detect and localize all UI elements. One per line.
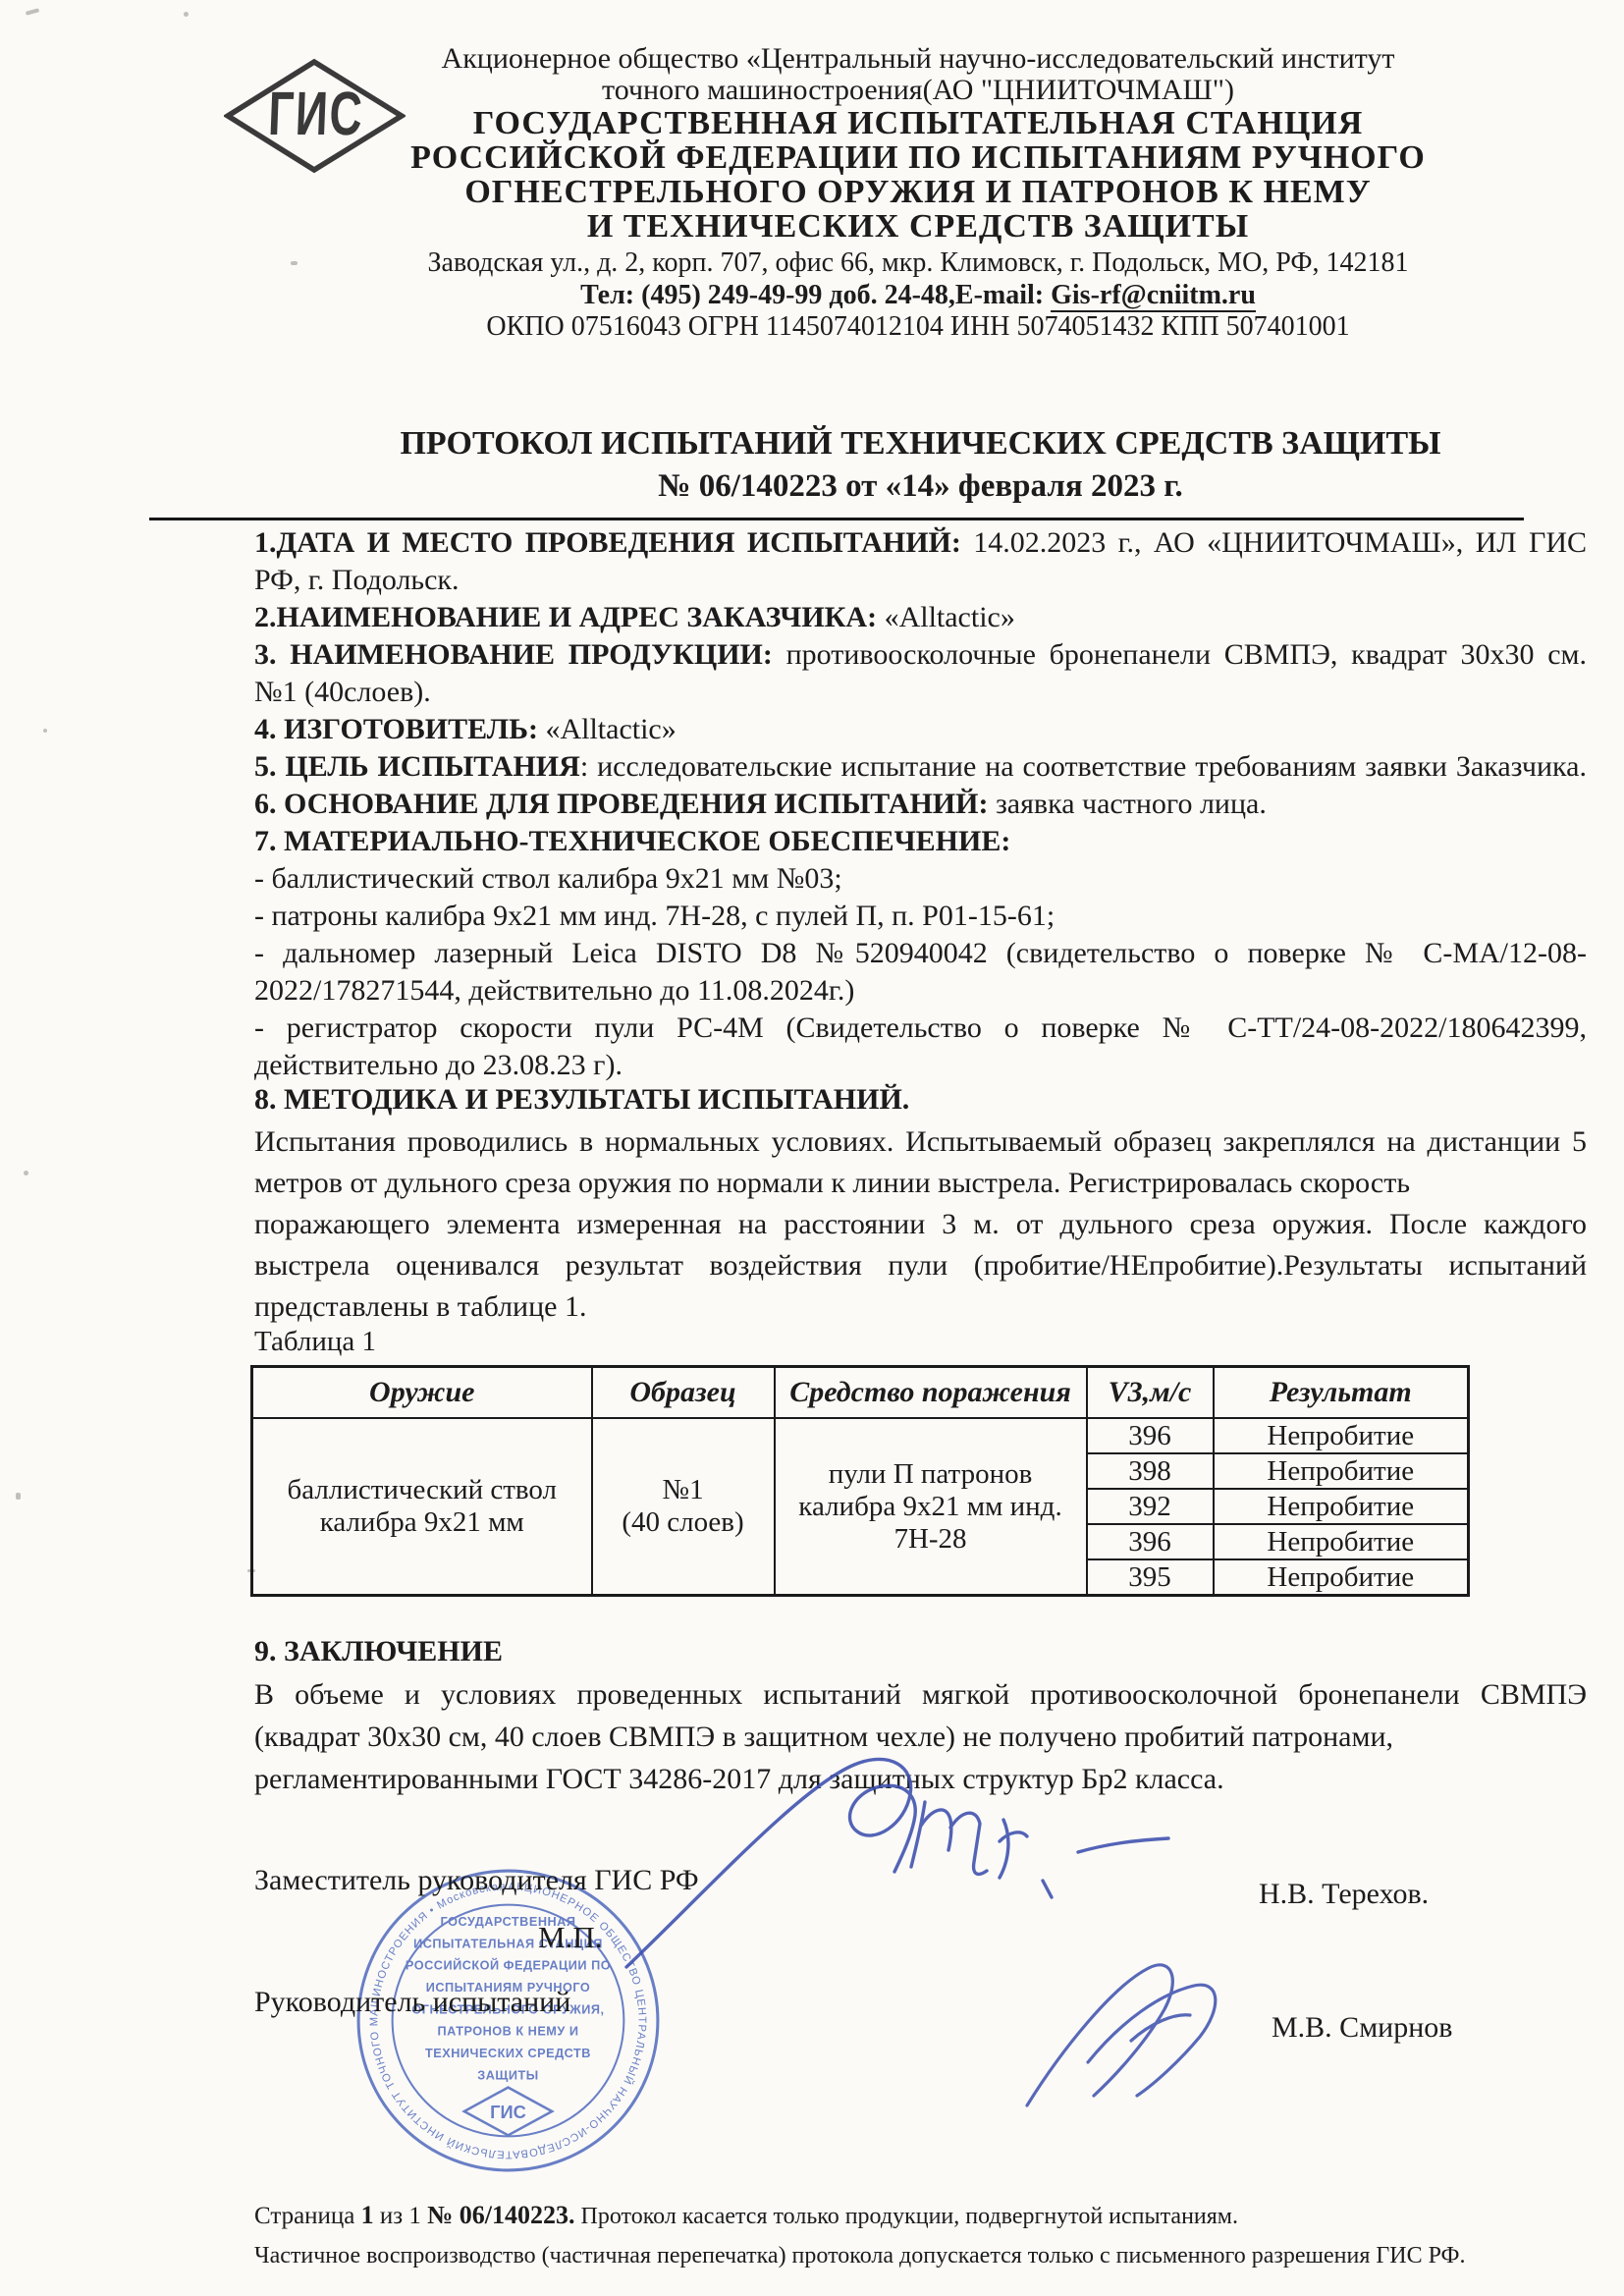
method-line-5: представлены в таблице 1.: [254, 1286, 1587, 1328]
col-header-result: Результат: [1214, 1367, 1469, 1419]
velocity-cell: 396: [1087, 1524, 1214, 1559]
conclusion-line-1: В объеме и условиях проведенных испытани…: [254, 1673, 1587, 1716]
test-lead-label: Руководитель испытаний: [254, 1986, 570, 2019]
section-3-line: 3. НАИМЕНОВАНИЕ ПРОДУКЦИИ: противоосколо…: [254, 636, 1587, 674]
velocity-cell: 398: [1087, 1453, 1214, 1489]
org-header: Акционерное общество «Центральный научно…: [324, 43, 1512, 343]
org-name-line-1: Акционерное общество «Центральный научно…: [324, 43, 1512, 75]
stamp-line: ПАТРОНОВ К НЕМУ И: [438, 2025, 579, 2039]
velocity-cell: 396: [1087, 1418, 1214, 1453]
section-2-line: 2.НАИМЕНОВАНИЕ И АДРЕС ЗАКАЗЧИКА: «Allta…: [254, 599, 1587, 636]
section-9-heading: 9. ЗАКЛЮЧЕНИЕ: [254, 1630, 1587, 1673]
col-header-weapon: Оружие: [252, 1367, 592, 1419]
deputy-head-label: Заместитель руководителя ГИС РФ: [254, 1864, 699, 1897]
footer-doc-number: № 06/140223.: [427, 2201, 574, 2229]
table-header-row: Оружие Образец Средство поражения V3,м/с…: [252, 1367, 1469, 1419]
signature-smirnov: [1011, 1946, 1291, 2118]
col-header-means: Средство поражения: [775, 1367, 1087, 1419]
station-name-line-1: ГОСУДАРСТВЕННАЯ ИСПЫТАТЕЛЬНАЯ СТАНЦИЯ: [324, 106, 1512, 140]
stamp-line: ТЕХНИЧЕСКИХ СРЕДСТВ: [425, 2047, 591, 2060]
phone-text: Тел: (495) 249-49-99 доб. 24-48,E-mail:: [580, 280, 1051, 310]
test-lead-name: М.В. Смирнов: [1272, 2011, 1452, 2045]
stamp-gis-text: ГИС: [490, 2102, 526, 2122]
method-line-1: Испытания проводились в нормальных услов…: [254, 1121, 1587, 1163]
velocity-cell: 395: [1087, 1559, 1214, 1596]
equipment-item-1: - баллистический ствол калибра 9х21 мм №…: [254, 860, 1587, 898]
method-line-3: поражающего элемента измеренная на расст…: [254, 1204, 1587, 1245]
scan-artifact: [291, 261, 298, 265]
stamp-line: РОССИЙСКОЙ ФЕДЕРАЦИИ ПО: [406, 1958, 611, 1973]
org-registration-codes: ОКПО 07516043 ОГРН 1145074012104 ИНН 507…: [324, 311, 1512, 343]
station-name-line-4: И ТЕХНИЧЕСКИХ СРЕДСТВ ЗАЩИТЫ: [324, 209, 1512, 244]
email-text: Gis-rf@cniitm.ru: [1051, 280, 1256, 312]
protocol-number-line: № 06/140223 от «14» февраля 2023 г.: [254, 465, 1587, 507]
result-cell: Непробитие: [1214, 1418, 1469, 1453]
section-5-line: 5. ЦЕЛЬ ИСПЫТАНИЯ: исследовательские исп…: [254, 748, 1587, 786]
section-1-continuation: РФ, г. Подольск.: [254, 562, 1587, 599]
org-name-line-2: точного машиностроения(АО "ЦНИИТОЧМАШ"): [324, 75, 1512, 106]
section-3-continuation: №1 (40слоев).: [254, 674, 1587, 711]
scan-artifact: [184, 12, 189, 17]
result-cell: Непробитие: [1214, 1559, 1469, 1596]
scan-artifact: [43, 729, 47, 733]
results-table: Оружие Образец Средство поражения V3,м/с…: [250, 1365, 1470, 1597]
station-name-line-3: ОГНЕСТРЕЛЬНОГО ОРУЖИЯ И ПАТРОНОВ К НЕМУ: [324, 175, 1512, 209]
section-4-line: 4. ИЗГОТОВИТЕЛЬ: «Alltactic»: [254, 711, 1587, 748]
method-line-4: выстрела оценивался результат воздействи…: [254, 1245, 1587, 1286]
equipment-item-3-line-2: 2022/178271544, действительно до 11.08.2…: [254, 972, 1587, 1010]
scanned-protocol-page: ГИС Акционерное общество «Центральный на…: [0, 0, 1624, 2296]
equipment-item-2: - патроны калибра 9х21 мм инд. 7Н-28, с …: [254, 898, 1587, 935]
footer-page-mid: из 1: [374, 2203, 428, 2229]
weapon-cell: баллистический ствол калибра 9х21 мм: [252, 1418, 592, 1596]
equipment-item-4-line-1: - регистратор скорости пули РС-4М (Свиде…: [254, 1010, 1587, 1047]
section-1-line: 1.ДАТА И МЕСТО ПРОВЕДЕНИЯ ИСПЫТАНИЙ: 14.…: [254, 524, 1587, 562]
table-label: Таблица 1: [254, 1326, 376, 1358]
result-cell: Непробитие: [1214, 1453, 1469, 1489]
org-contacts: Тел: (495) 249-49-99 доб. 24-48,E-mail: …: [324, 279, 1512, 311]
scan-artifact: [16, 1493, 21, 1500]
section-7-heading: 7. МАТЕРИАЛЬНО-ТЕХНИЧЕСКОЕ ОБЕСПЕЧЕНИЕ:: [254, 823, 1587, 860]
protocol-sections: 1.ДАТА И МЕСТО ПРОВЕДЕНИЯ ИСПЫТАНИЙ: 14.…: [254, 524, 1587, 1084]
result-cell: Непробитие: [1214, 1524, 1469, 1559]
section-6-line: 6. ОСНОВАНИЕ ДЛЯ ПРОВЕДЕНИЯ ИСПЫТАНИЙ: з…: [254, 786, 1587, 823]
deputy-head-name: Н.В. Терехов.: [1259, 1878, 1429, 1911]
section-8-heading: 8. МЕТОДИКА И РЕЗУЛЬТАТЫ ИСПЫТАНИЙ.: [254, 1078, 1587, 1121]
table-row: баллистический ствол калибра 9х21 мм №1 …: [252, 1418, 1469, 1453]
stamp-place-label: М.П.: [538, 1920, 602, 1955]
method-line-2: метров от дульного среза оружия по норма…: [254, 1163, 1587, 1204]
means-cell: пули П патронов калибра 9х21 мм инд. 7Н-…: [775, 1418, 1087, 1596]
footer-page-prefix: Страница: [254, 2203, 361, 2229]
station-name-line-2: РОССИЙСКОЙ ФЕДЕРАЦИИ ПО ИСПЫТАНИЯМ РУЧНО…: [324, 140, 1512, 175]
result-cell: Непробитие: [1214, 1489, 1469, 1524]
footer-line-1: Страница 1 из 1 № 06/140223. Протокол ка…: [254, 2200, 1590, 2232]
equipment-item-3-line-1: - дальномер лазерный Leica DISTO D8 №520…: [254, 935, 1587, 972]
title-divider-line: [149, 518, 1524, 520]
footer-page-number: 1: [361, 2201, 374, 2229]
col-header-sample: Образец: [592, 1367, 775, 1419]
scan-artifact: [26, 8, 40, 15]
footer-line-2: Частичное воспроизводство (частичная пер…: [254, 2241, 1590, 2270]
protocol-title-line: ПРОТОКОЛ ИСПЫТАНИЙ ТЕХНИЧЕСКИХ СРЕДСТВ З…: [254, 422, 1587, 465]
col-header-velocity: V3,м/с: [1087, 1367, 1214, 1419]
org-address: Заводская ул., д. 2, корп. 707, офис 66,…: [324, 246, 1512, 279]
footer-note-1: Протокол касается только продукции, подв…: [575, 2204, 1238, 2229]
stamp-line: ЗАЩИТЫ: [477, 2068, 538, 2082]
sample-cell: №1 (40 слоев): [592, 1418, 775, 1596]
official-stamp: АКЦИОНЕРНОЕ ОБЩЕСТВО ЦЕНТРАЛЬНЫЙ НАУЧНО-…: [353, 1866, 663, 2175]
scan-artifact: [24, 1171, 28, 1175]
section-8: 8. МЕТОДИКА И РЕЗУЛЬТАТЫ ИСПЫТАНИЙ. Испы…: [254, 1078, 1587, 1328]
protocol-title: ПРОТОКОЛ ИСПЫТАНИЙ ТЕХНИЧЕСКИХ СРЕДСТВ З…: [254, 422, 1587, 507]
velocity-cell: 392: [1087, 1489, 1214, 1524]
